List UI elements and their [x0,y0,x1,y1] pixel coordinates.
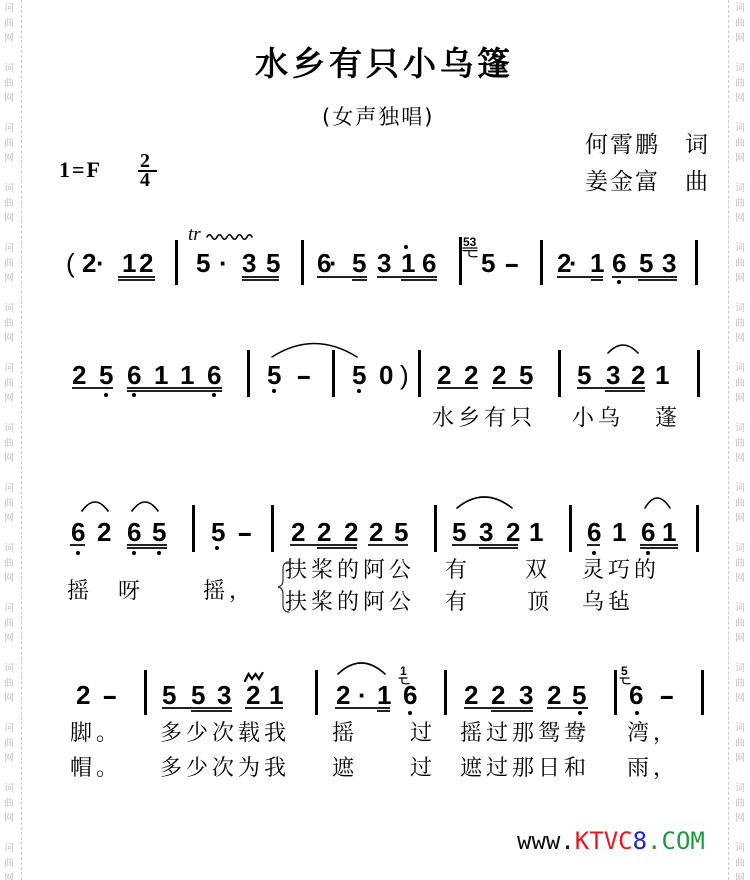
note: 3 [479,519,493,545]
composer-role: 曲 [685,169,710,195]
underline [245,707,283,709]
low-octave-dot [617,280,621,284]
lyric-verse-2: 多少次为我 [160,757,290,781]
note: 2 [72,362,86,388]
side-watermark: 词曲网 [4,661,15,706]
underline [547,707,588,709]
note: 5 [577,362,591,388]
side-watermark: 词曲网 [735,781,746,826]
note-low-octave: 5 [352,362,366,388]
side-watermark: 词曲网 [4,541,15,586]
site-url-watermark: www.KTVC8.COM [517,827,705,855]
low-octave-dot [104,393,108,397]
underline [335,707,390,709]
composer-name: 姜金富 [585,169,660,195]
underline [640,544,678,546]
note: 1 [655,362,669,388]
note: 2 [291,519,305,545]
lyric-verse-1: 灵巧的 [582,559,660,583]
trill-mark: tr [188,225,201,245]
note-low-octave: 5 [267,362,281,388]
side-watermark: 词曲网 [735,481,746,526]
low-octave-dot [212,393,216,397]
close-paren: ) [400,362,409,388]
note: 3 [606,362,620,388]
extension-dash: - [659,682,668,708]
underline [127,547,167,549]
slur-arc [338,663,385,674]
note-low-octave: 6 [629,682,643,708]
slur-arc [645,498,670,508]
lyric-verse-2: 帽。 [70,757,122,781]
augmentation-dot: · [96,250,105,276]
underline [191,710,232,712]
note-low-octave: 5 [572,682,586,708]
side-watermark: 词曲网 [4,481,15,526]
low-octave-dot [408,711,412,715]
lyric: 蓬 [655,407,681,431]
lyric-verse-2: 顶 [527,591,553,615]
underline [557,276,603,278]
lyric-verse-1: 多少次载我 [160,722,290,746]
side-watermark: 词曲网 [4,421,15,466]
lyric: 水乡有只 [432,407,536,431]
low-octave-dot [76,551,80,555]
augmentation-dot: · [358,682,367,708]
side-watermark: 词曲网 [4,301,15,346]
low-octave-dot [646,551,650,555]
bar-line [332,350,335,397]
lyric-verse-1: 扶桨的阿公 [285,559,415,583]
low-octave-dot [272,389,276,393]
bar-line [444,670,447,715]
note: 1 [529,519,543,545]
bar-line [247,350,250,397]
underline [587,544,600,546]
underline [317,276,367,278]
underline [452,544,518,546]
underline [242,276,279,278]
lyric-verse-2: 雨， [627,757,679,781]
note: 5 [196,250,210,276]
low-octave-dot [357,389,361,393]
underline [377,276,437,278]
note: 5 [519,362,533,388]
note: 5 [266,250,280,276]
underline [464,707,533,709]
dash-glyph: - [102,682,118,708]
dash-glyph: - [237,519,253,545]
underline [290,544,357,546]
note: 5 [352,250,366,276]
side-watermark: 词曲网 [735,541,746,586]
note: 2 [506,519,520,545]
side-watermark: 词曲网 [735,421,746,466]
grace-hook-icon [469,251,477,257]
underline [368,544,408,546]
note-low-octave: 6 [641,519,655,545]
lyric-verse-1: 湾， [627,722,679,746]
side-watermark: 词曲网 [735,601,746,646]
extension-dash: - [296,362,305,388]
note: 2 [344,519,358,545]
side-watermark: 词曲网 [735,121,746,166]
underline [118,279,155,281]
note-low-octave: 6 [612,250,626,276]
rest: 0 [379,362,393,388]
bar-line [695,240,698,285]
note: 1 [612,519,626,545]
note: 2 [631,362,645,388]
time-signature-numerator: 2 [140,151,150,171]
trill-wave-icon [207,235,252,240]
underline [492,387,532,389]
lyric-verse-1: 双 [525,559,551,583]
bar-line [459,237,462,285]
extension-dash: - [504,250,513,276]
underline [605,390,645,392]
lyric-verse-2: 过 [410,757,436,781]
key-signature: 1=F [59,159,102,181]
bar-line [569,505,572,552]
lyric-verse-1: 有 [445,559,471,583]
side-watermark: 词曲网 [4,601,15,646]
underline [127,387,222,389]
note: 2 [464,682,478,708]
lyric-verse-1: 过 [410,722,436,746]
underline [437,387,478,389]
note-low-octave: 6 [127,362,141,388]
low-octave-dot [635,711,639,715]
underline [612,276,677,278]
underline [591,279,603,281]
lyric: 呀 [118,580,144,604]
bar-line [696,505,699,552]
note-high-octave: 1 [401,250,415,276]
underline [118,276,155,278]
lyric-verse-2: 遮过那日和 [460,757,590,781]
note: 1 [180,362,194,388]
side-watermark: 词曲网 [4,361,15,406]
note: 2 [491,682,505,708]
note: 3 [217,682,231,708]
note: 2 [492,362,506,388]
bar-line [418,350,421,397]
note: 3 [242,250,256,276]
note-low-octave: 6 [587,519,601,545]
note: 5 [639,250,653,276]
note: 1 [590,250,604,276]
lyric: 摇 [67,580,93,604]
tie-arc [272,344,357,358]
note: 6 [422,250,436,276]
slur-arc [457,497,512,508]
underline [317,547,357,549]
bar-line [701,670,704,715]
low-octave-dot [132,551,136,555]
url-part-8: 8 [633,827,647,855]
note: 3 [519,682,533,708]
underline [242,279,279,281]
note-low-octave: 6 [127,519,141,545]
lyric-verse-2: 乌毡 [582,591,634,615]
bar-line [540,240,543,285]
dash-glyph: - [296,362,312,388]
lyric-verse-2: 有 [445,591,471,615]
bar-line [434,505,437,552]
lyric: 小乌 [572,407,624,431]
right-margin-dashed-line [728,0,729,880]
bar-line [192,505,195,552]
note: 5 [394,519,408,545]
bar-line [144,670,147,715]
note: 2 [139,250,153,276]
note-low-octave: 6 [207,362,221,388]
lyricist-role: 词 [685,132,710,158]
underline [377,710,390,712]
score-page: 词曲网 词曲网 词曲网 词曲网 词曲网 词曲网 词曲网 词曲网 词曲网 词曲网 … [0,0,750,880]
low-octave-dot [132,393,136,397]
dash-glyph: - [659,682,675,708]
note: 2 [369,519,383,545]
time-signature-denominator: 4 [140,170,150,190]
underline [640,547,678,549]
high-octave-dot [404,245,408,249]
side-watermark: 词曲网 [4,1,15,46]
low-octave-dot [592,551,596,555]
side-watermark: 词曲网 [4,61,15,106]
note: 5 [452,519,466,545]
side-watermark: 词曲网 [4,721,15,766]
lyric-verse-2: 遮 [332,757,358,781]
side-watermark: 词曲网 [4,841,15,880]
augmentation-dot: · [329,250,338,276]
side-watermark: 词曲网 [735,1,746,46]
side-watermark: 词曲网 [4,241,15,286]
note: 2 [336,682,350,708]
low-octave-dot [157,551,161,555]
side-watermark: 词曲网 [735,241,746,286]
note: 5 [162,682,176,708]
lyric-verse-2: 扶桨的阿公 [285,591,415,615]
note: 1 [154,362,168,388]
augmentation-dot: · [569,250,578,276]
side-watermark: 词曲网 [735,721,746,766]
lyric-verse-1: 摇过那鸳鸯 [460,722,590,746]
bar-line [175,240,178,285]
note-low-octave: 5 [99,362,113,388]
bar-line [614,670,617,715]
note: 1 [377,682,391,708]
augmentation-dot: · [219,250,228,276]
note-low-octave: 5 [211,519,225,545]
song-subtitle: (女声独唱) [322,104,434,130]
note: 5 [191,682,205,708]
note: 2 [97,519,111,545]
low-octave-dot [215,546,219,550]
lyric-verse-1: 摇 [332,722,358,746]
bar-line [697,350,700,397]
side-watermark: 词曲网 [4,181,15,226]
note: 2 [76,682,90,708]
lyricist-name: 何霄鹏 [585,132,660,158]
underline [577,387,645,389]
note: 5 [481,250,495,276]
song-title: 水乡有只小乌篷 [255,46,514,82]
bar-line [315,670,318,715]
note-mordent: 2 [246,682,260,708]
url-part-ktvc: KTVC [575,827,633,855]
left-margin-dashed-line [21,0,22,880]
slur-arc [132,502,158,511]
note-low-octave: 6 [71,519,85,545]
dash-glyph: - [504,250,520,276]
underline [127,390,222,392]
side-watermark: 词曲网 [735,181,746,226]
bar-line [301,240,304,285]
side-watermark: 词曲网 [4,781,15,826]
side-watermark: 词曲网 [735,61,746,106]
bar-line [271,505,274,552]
lyric-verse-1: 脚。 [70,722,122,746]
underline [70,544,85,546]
side-watermark: 词曲网 [4,121,15,166]
note: 2 [437,362,451,388]
note: 3 [377,250,391,276]
note: 1 [122,250,136,276]
note-low-octave: 6 [403,682,417,708]
note: 2 [464,362,478,388]
slur-arc [82,502,108,511]
note-low-octave: 5 [152,519,166,545]
underline [401,279,437,281]
side-watermark: 词曲网 [735,661,746,706]
side-watermark: 词曲网 [735,301,746,346]
underline [491,710,533,712]
side-watermark: 词曲网 [735,841,746,880]
bar-line [558,350,561,397]
grace-note: 53 [463,236,476,248]
grace-note: 1 [400,665,407,677]
open-paren: ( [66,250,75,276]
underline [638,279,677,281]
note: 2 [547,682,561,708]
underline [162,707,232,709]
url-part-www: www. [517,827,575,855]
underline [352,279,367,281]
extension-dash: - [237,519,246,545]
grace-note: 5 [621,665,628,677]
url-part-com: .COM [647,827,705,855]
underline [479,547,518,549]
note: 2 [317,519,331,545]
underline [72,387,113,389]
note: 1 [269,682,283,708]
lyric: 摇， [203,580,255,604]
extension-dash: - [102,682,111,708]
note: 2 [82,250,96,276]
underline [127,544,167,546]
side-watermark: 词曲网 [735,361,746,406]
note: 1 [662,519,676,545]
note: 3 [662,250,676,276]
slur-arc [608,345,638,353]
low-octave-dot [578,711,582,715]
